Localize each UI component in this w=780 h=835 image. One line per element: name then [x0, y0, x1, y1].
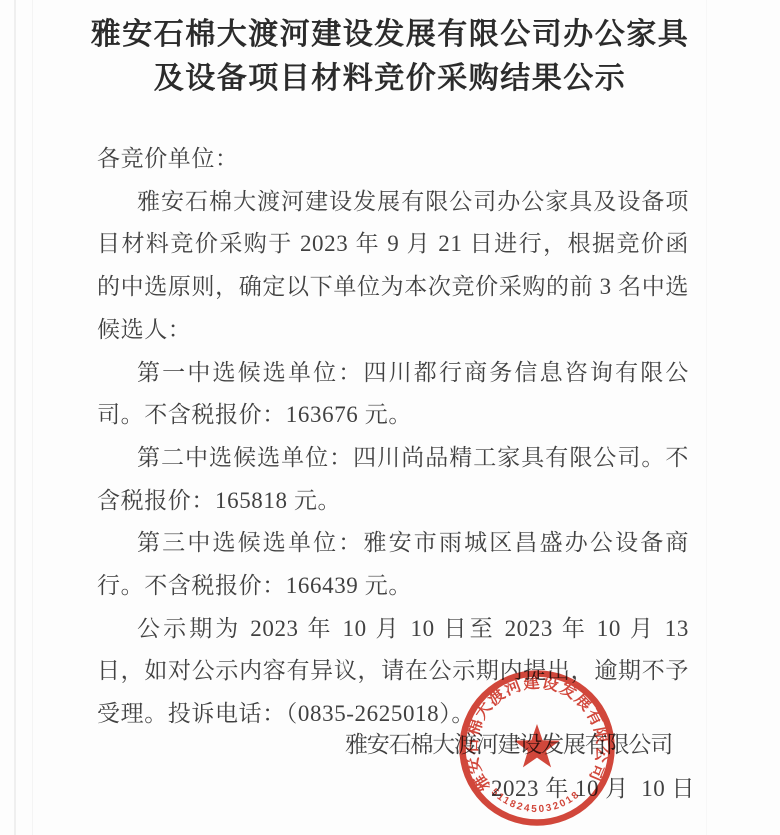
paragraph-publicity-period: 公示期为 2023 年 10 月 10 日至 2023 年 10 月 13 日，…: [97, 608, 689, 736]
document-title: 雅安石棉大渡河建设发展有限公司办公家具 及设备项目材料竞价采购结果公示: [0, 13, 780, 101]
title-line-1: 雅安石棉大渡河建设发展有限公司办公家具: [0, 13, 780, 57]
title-line-2: 及设备项目材料竞价采购结果公示: [0, 57, 780, 101]
paragraph-intro: 雅安石棉大渡河建设发展有限公司办公家具及设备项目材料竞价采购于 2023 年 9…: [97, 181, 689, 352]
paragraph-second-candidate: 第二中选候选单位：四川尚品精工家具有限公司。不含税报价：165818 元。: [97, 437, 689, 522]
scan-artifact: [337, 663, 346, 673]
signature-date: 2023 年 10 月 10 日: [491, 770, 695, 803]
salutation: 各竞价单位：: [97, 138, 689, 181]
paragraph-first-candidate: 第一中选候选单位：四川都行商务信息咨询有限公司。不含税报价：163676 元。: [97, 352, 689, 437]
paragraph-third-candidate: 第三中选候选单位：雅安市雨城区昌盛办公设备商行。不含税报价：166439 元。: [97, 522, 689, 607]
document-body: 各竞价单位： 雅安石棉大渡河建设发展有限公司办公家具及设备项目材料竞价采购于 2…: [97, 138, 689, 736]
signature-company: 雅安石棉大渡河建设发展有限公司: [345, 726, 672, 759]
document-page: 雅安石棉大渡河建设发展有限公司办公家具 及设备项目材料竞价采购结果公示 各竞价单…: [0, 0, 780, 835]
